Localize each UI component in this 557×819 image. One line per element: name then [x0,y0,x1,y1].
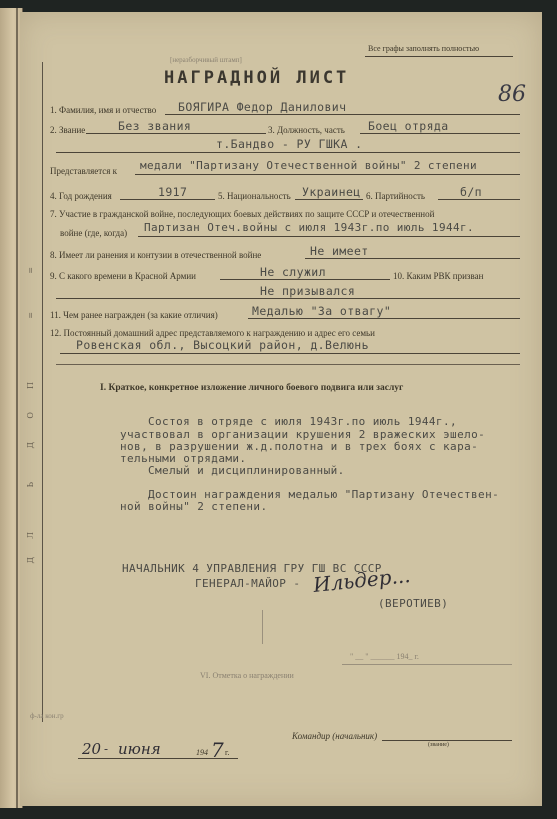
field-10-line [56,298,520,299]
field-9-line [220,279,390,280]
field-1-line [165,114,520,115]
faint-bracket [262,610,263,644]
conclusion-line-2: ной войны" 2 степени. [120,500,267,513]
signatory-name: (ВЕРОТИЕВ) [378,597,448,610]
field-8-label: 8. Имеет ли ранения и контузии в отечест… [50,250,261,260]
field-3-value: Боец отряда [368,119,449,133]
field-11-line [248,318,520,319]
field-9-label: 9. С какого времени в Красной Армии [50,271,196,281]
document-title: НАГРАДНОЙ ЛИСТ [164,68,349,88]
field-4-line [120,199,215,200]
margin-note: = [26,312,35,319]
margin-letter: Д [26,557,35,564]
margin-letter: О [26,412,35,419]
field-3-line [360,133,520,134]
merit-line-1: Состоя в отряде с июля 1943г.по июль 194… [148,416,457,428]
field-11-value: Медалью "За отвагу" [252,304,391,318]
faint-date-underline [342,664,512,665]
field-9-value: Не служил [260,265,326,279]
date-g: г. [225,748,229,757]
field-11-label: 11. Чем ранее награжден (за какие отличи… [50,310,218,320]
field-6-value: б/п [460,185,482,199]
commander-label: Командир (начальник) [292,731,377,741]
present-label: Представляется к [50,166,117,176]
award-mark-section: VI. Отметка о награждении [200,671,294,680]
field-3-line-cont [56,152,520,153]
field-4-value: 1917 [158,185,187,199]
signatory-rank: ГЕНЕРАЛ-МАЙОР - [195,577,300,590]
field-1-value: БОЯГИРА Федор Данилович [178,100,346,114]
field-5-label: 5. Национальность [218,191,291,201]
present-value: медали "Партизану Отечественной войны" 2… [140,159,477,172]
field-1-label: 1. Фамилия, имя и отчество [50,105,156,115]
field-10-label: 10. Каким РВК призван [393,271,483,281]
commander-line [382,740,512,741]
date-day: 20 [82,740,101,758]
field-2-label: 2. Звание [50,125,85,135]
field-7-line [138,236,520,237]
page-number: 86 [498,82,526,107]
field-2-line [86,133,266,134]
field-3-value-cont: т.Бандво - РУ ГШКА . [216,137,362,151]
binding-crease [16,8,18,808]
left-faint-stamp: ф-ла кон.гр [30,712,64,720]
field-5-line [295,199,363,200]
top-note: Все графы заполнять полностью [368,44,479,53]
top-note-underline [365,56,513,57]
section-1-heading: I. Краткое, конкретное изложение личного… [100,383,403,393]
field-5-value: Украинец [302,185,361,199]
field-4-label: 4. Год рождения [50,191,112,201]
field-7-label: 7. Участие в гражданской войне, последую… [50,209,434,219]
field-12-value: Ровенская обл., Высоцкий район, д.Велюнь [76,338,369,352]
field-7-value: Партизан Отеч.войны с июля 1943г.по июль… [144,221,474,234]
margin-letter: Л [26,532,35,539]
margin-note: = [26,267,35,274]
present-line [135,174,520,175]
field-12-line [60,353,520,354]
field-10-value: Не призывался [260,284,355,298]
faint-header-stamp: [неразборчивый штамп] [170,56,242,64]
commander-sub: (звание) [428,742,449,748]
section-divider [56,364,520,365]
margin-letter: П [26,382,35,389]
date-underline [78,758,238,759]
date-month: июня [118,740,161,758]
faint-date-line: " __ " ______ 194_ г. [350,652,419,661]
field-7-label-cont: войне (где, когда) [60,228,127,238]
margin-letter: Ь [26,482,35,487]
field-2-value: Без звания [118,119,191,133]
field-12-label: 12. Постоянный домашний адрес представля… [50,328,375,338]
merit-line-5: Смелый и дисциплинированный. [148,464,345,477]
margin-line [42,62,43,722]
field-3-label: 3. Должность, часть [268,125,345,135]
field-8-value: Не имеет [310,244,369,258]
field-6-label: 6. Партийность [366,191,425,201]
field-6-line [438,199,520,200]
award-sheet: = = П О Д Ь Л Д Все графы заполнять полн… [20,12,542,806]
field-8-line [305,258,520,259]
margin-letter: Д [26,442,35,449]
date-year-prefix: 194 [196,748,208,757]
